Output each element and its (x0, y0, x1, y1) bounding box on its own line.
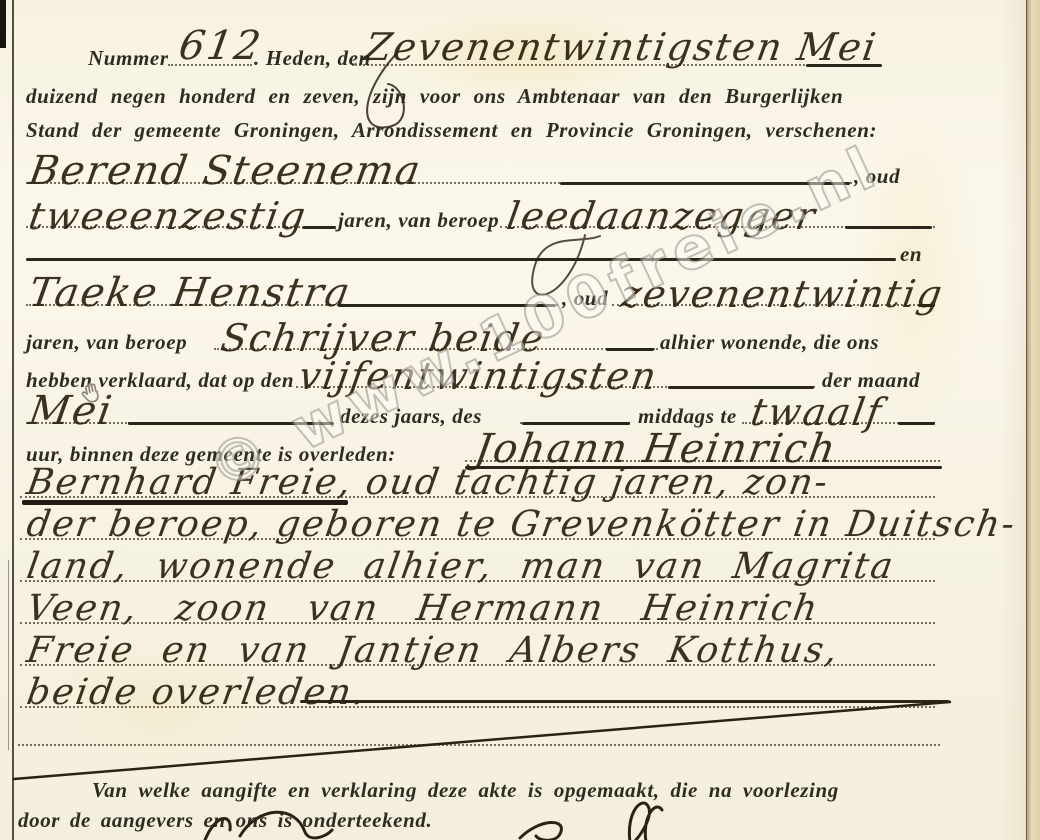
ink-filler-line (26, 258, 896, 261)
ink-filler-line (898, 422, 935, 425)
printed-line-year: duizend negen honderd en zeven, zijn voo… (26, 84, 843, 108)
handwritten-declarant2-profession: Schrijver beide (218, 317, 549, 359)
handwritten-deceased-line7: beide overleden. (24, 673, 370, 713)
ink-filler-line (668, 386, 814, 389)
ink-filler-line (845, 226, 932, 229)
printed-label-oud-1: , oud (854, 164, 900, 188)
strike-through-diagonal (14, 702, 950, 779)
printed-closing-line-1: Van welke aangifte en verklaring deze ak… (92, 778, 839, 802)
handwritten-akte-number: 612 (176, 24, 265, 68)
printed-closing-line-2: door de aangevers en ons is onderteekend… (18, 808, 432, 832)
ink-filler-line (302, 226, 336, 229)
scan-edge-mark (0, 0, 6, 48)
handwritten-declarant1-age: tweeenzestig (26, 195, 310, 237)
ink-filler-line (522, 422, 630, 425)
signature-stroke (520, 822, 561, 840)
ink-filler-line (560, 182, 850, 185)
left-margin-line (12, 0, 14, 840)
handwritten-declarant2-age: zevenentwintig (618, 273, 947, 315)
handwritten-death-day: vijfentwintigsten (296, 355, 661, 397)
printed-label-alhier: alhier wonende, die ons (660, 330, 879, 354)
printed-line-stand: Stand der gemeente Groningen, Arrondisse… (26, 118, 877, 142)
printed-label-en: en (900, 242, 922, 266)
printed-label-jaren-beroep-2: jaren, van beroep (26, 330, 187, 354)
printed-label-heden: . Heden, den (254, 46, 371, 70)
handwritten-declarant1-name: Berend Steenema (26, 149, 425, 193)
dotted-rule (18, 744, 940, 746)
printed-label-der-maand: der maand (822, 368, 920, 392)
handwritten-deceased-line5: Veen, zoon van Hermann Heinrich (24, 589, 822, 629)
handwritten-declarant1-profession: leedaanzegger (504, 195, 820, 237)
death-certificate-scan: Nummer . Heden, den duizend negen honder… (0, 0, 1040, 840)
page-fold-shade (1000, 0, 1026, 840)
ink-filler-line (300, 700, 950, 703)
ink-filler-line (338, 304, 556, 307)
page-binding-edge (1026, 0, 1040, 840)
ink-filler-line (128, 422, 334, 425)
handwritten-deceased-line2: Bernhard Freie, oud tachtig jaren, zon- (24, 463, 832, 503)
ink-filler-line (606, 348, 654, 351)
printed-label-oud-2: , oud (562, 286, 608, 310)
signature-stroke (629, 803, 662, 840)
left-margin-line-double (8, 560, 9, 750)
printed-label-nummer: Nummer (88, 46, 169, 70)
printed-label-middags: middags te (638, 404, 737, 428)
handwritten-declarant2-name: Taeke Henstra (26, 271, 355, 315)
handwritten-registration-date: Zevenentwintigsten Mei (362, 26, 880, 68)
printed-label-dezes: dezes jaars, des (340, 404, 482, 428)
handwritten-deceased-line4: land, wonende alhier, man van Magrita (24, 547, 898, 587)
handwritten-deceased-line3: der beroep, geboren te Grevenkötter in D… (24, 505, 1019, 545)
handwritten-deceased-line6: Freie en van Jantjen Albers Kotthus, (24, 631, 842, 671)
printed-label-jaren-beroep-1: jaren, van beroep (338, 208, 499, 232)
